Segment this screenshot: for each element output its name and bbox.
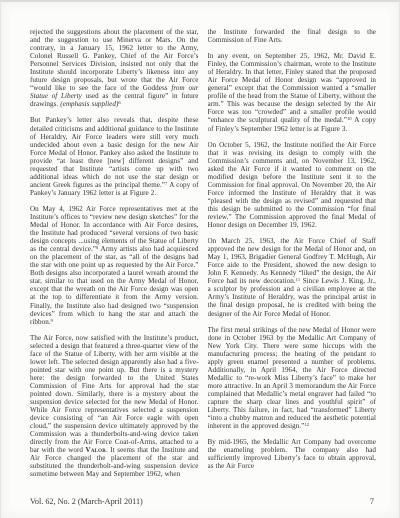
text-run: But Pankey’s letter also reveals that, d… xyxy=(30,116,199,188)
footnote-marker: 10 xyxy=(347,116,352,121)
paragraph: the Institute forwarded the final design… xyxy=(208,28,377,44)
paragraph: On May 4, 1962 Air Force representatives… xyxy=(30,205,199,326)
column-left: rejected the suggestions about the place… xyxy=(30,28,199,484)
paragraph: The Air Force, now satisfied with the In… xyxy=(30,334,199,479)
paragraph: The first metal strikings of the new Med… xyxy=(208,326,377,431)
paragraph: On March 25, 1963, the Air Force Chief o… xyxy=(208,237,377,317)
text-run: By mid-1965, the Medallic Art Company ha… xyxy=(208,438,377,470)
page-footer: Vol. 62, No. 2 (March-April 2011) 7 xyxy=(30,497,374,506)
footer-page-number: 7 xyxy=(370,497,374,506)
footnote-marker: 6 xyxy=(118,100,120,105)
paragraph: rejected the suggestions about the place… xyxy=(30,28,199,108)
column-right: the Institute forwarded the final design… xyxy=(208,28,377,484)
paragraph: In any event, on September 25, 1962, Mr.… xyxy=(208,52,377,132)
text-run: Valor xyxy=(86,446,107,454)
text-columns: rejected the suggestions about the place… xyxy=(30,28,376,484)
text-run: the Institute forwarded the final design… xyxy=(208,28,377,44)
text-run: In any event, on September 25, 1962, Mr.… xyxy=(208,52,377,124)
text-run: (emphasis supplied) xyxy=(60,100,118,108)
journal-page: rejected the suggestions about the place… xyxy=(0,0,400,518)
footnote-marker: 12 xyxy=(304,422,309,427)
footer-volume: Vol. 62, No. 2 (March-April 2011) xyxy=(30,497,143,506)
text-run: The Air Force, now satisfied with the In… xyxy=(30,334,199,455)
text-run: rejected the suggestions about the place… xyxy=(30,28,199,92)
footnote-marker: 11 xyxy=(296,277,301,282)
paragraph: But Pankey’s letter also reveals that, d… xyxy=(30,116,199,196)
text-run: On October 5, 1962, the Institute notifi… xyxy=(208,141,377,229)
footnote-marker: 9 xyxy=(51,318,53,323)
paragraph: On October 5, 1962, the Institute notifi… xyxy=(208,141,377,230)
text-run: The first metal strikings of the new Med… xyxy=(208,326,377,431)
text-run: Army artists also had acquiesced on the … xyxy=(30,245,199,325)
paragraph: By mid-1965, the Medallic Art Company ha… xyxy=(208,438,377,470)
